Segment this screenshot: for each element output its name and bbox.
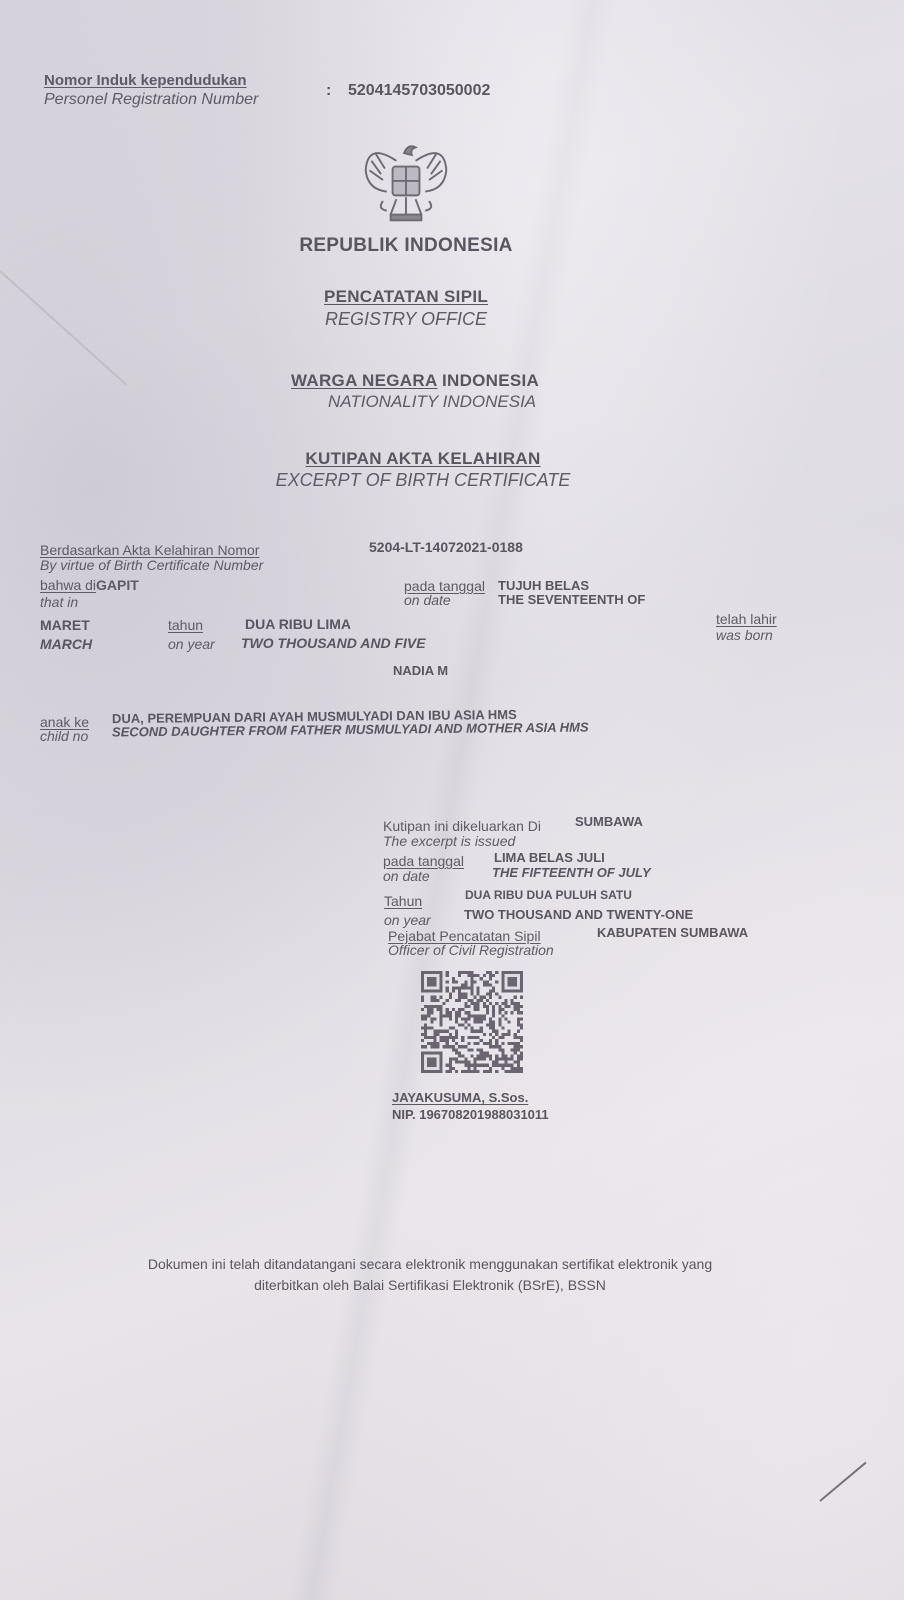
issued-label-en: The excerpt is issued: [383, 833, 515, 849]
issue-year-value: DUA RIBU DUA PULUH SATU: [465, 888, 632, 902]
birth-year-label: tahun: [168, 617, 203, 633]
nik-colon: :: [326, 82, 331, 100]
officer-label-en: Officer of Civil Registration: [388, 942, 554, 958]
place-row: bahwa diGAPIT: [40, 577, 139, 595]
birth-year-value: DUA RIBU LIMA: [245, 616, 351, 632]
signatory-nip: NIP. 196708201988031011: [392, 1107, 549, 1122]
issue-date-label: pada tanggal: [383, 853, 464, 869]
nik-label: Nomor Induk kependudukan: [44, 72, 247, 89]
birth-month-value-en: MARCH: [40, 636, 92, 652]
birth-date-value-en: THE SEVENTEENTH OF: [498, 592, 645, 607]
nationality-label: WARGA NEGARA: [291, 371, 438, 390]
cert-number-value: 5204-LT-14072021-0188: [369, 539, 523, 555]
issue-year-value-en: TWO THOUSAND AND TWENTY-ONE: [464, 907, 693, 922]
place-label-en: that in: [40, 594, 78, 610]
birth-year-label-en: on year: [168, 636, 215, 652]
issue-year-label: Tahun: [384, 893, 422, 909]
issue-date-value-en: THE FIFTEENTH OF JULY: [492, 865, 651, 880]
issued-label: Kutipan ini dikeluarkan Di: [383, 818, 541, 834]
birth-date-label-en: on date: [404, 592, 451, 608]
birth-month-value: MARET: [40, 617, 90, 633]
issue-date-label-en: on date: [383, 868, 430, 884]
place-label: bahwa di: [40, 577, 96, 593]
office-title: PENCATATAN SIPIL: [0, 287, 812, 307]
nationality-en: NATIONALITY INDONESIA: [328, 392, 536, 412]
footer-line-1: Dokumen ini telah ditandatangani secara …: [90, 1256, 770, 1272]
nationality-row: WARGA NEGARA INDONESIA: [291, 371, 539, 391]
office-title-en: REGISTRY OFFICE: [0, 309, 812, 330]
child-name: NADIA M: [393, 663, 448, 678]
garuda-emblem-icon: [358, 132, 454, 228]
born-label: telah lahir: [716, 611, 777, 627]
document-title: KUTIPAN AKTA KELAHIRAN: [0, 449, 846, 469]
officer-region: KABUPATEN SUMBAWA: [597, 925, 748, 940]
issued-place: SUMBAWA: [575, 814, 643, 829]
place-value: GAPIT: [96, 577, 139, 593]
paper-corner-fold: [819, 1462, 866, 1502]
child-no-label-en: child no: [40, 728, 88, 744]
birth-year-value-en: TWO THOUSAND AND FIVE: [241, 635, 426, 651]
cert-number-label: Berdasarkan Akta Kelahiran Nomor: [40, 542, 259, 558]
issue-year-label-en: on year: [384, 912, 431, 928]
qr-code-icon: [421, 970, 523, 1074]
nik-label-en: Personel Registration Number: [44, 91, 258, 109]
document-title-en: EXCERPT OF BIRTH CERTIFICATE: [0, 470, 846, 491]
footer-line-2: diterbitkan oleh Balai Sertifikasi Elekt…: [90, 1277, 770, 1293]
nationality-value: INDONESIA: [442, 371, 539, 390]
country-title: REPUBLIK INDONESIA: [0, 235, 812, 257]
issue-date-value: LIMA BELAS JULI: [494, 850, 605, 865]
signatory-name: JAYAKUSUMA, S.Sos.: [392, 1090, 528, 1105]
birth-date-value: TUJUH BELAS: [498, 578, 589, 593]
born-label-en: was born: [716, 627, 773, 643]
cert-number-label-en: By virtue of Birth Certificate Number: [40, 557, 263, 573]
nik-value: 5204145703050002: [348, 82, 490, 100]
